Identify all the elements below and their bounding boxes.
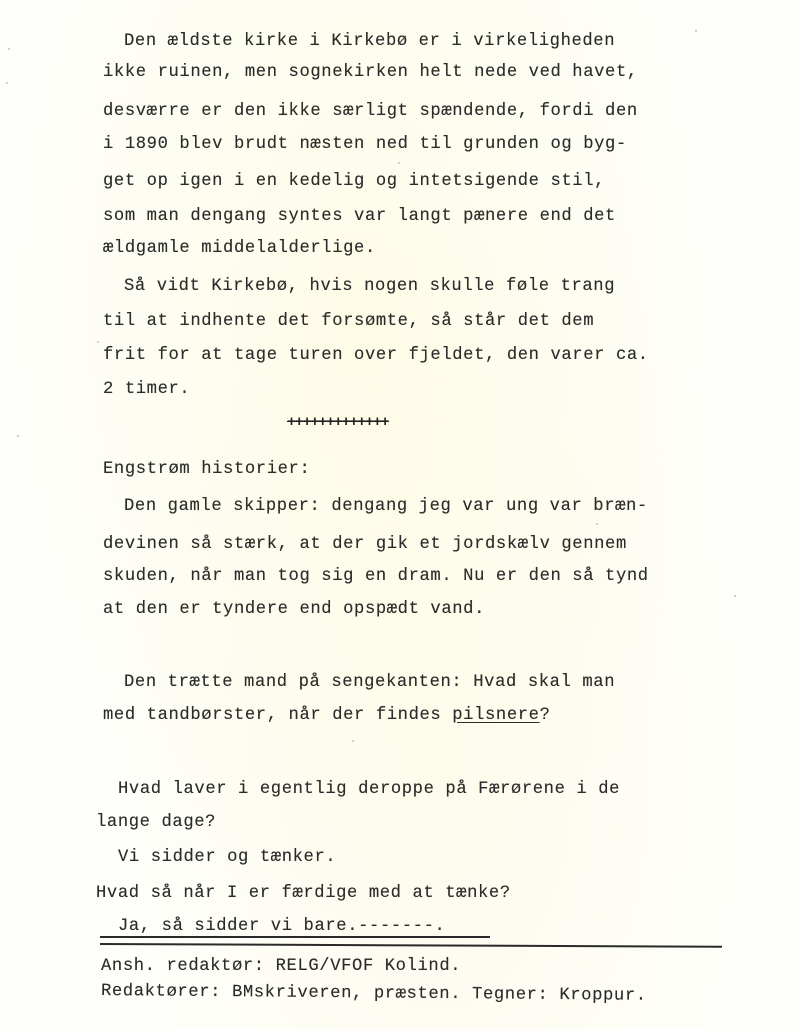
text-line: Den ældste kirke i Kirkebø er i virkelig… xyxy=(124,32,615,52)
text-line: devinen så stærk, at der gik et jordskæl… xyxy=(103,535,627,555)
text-line: Hvad laver i egentlig deroppe på Færøren… xyxy=(118,780,620,800)
editors-line: Redaktører: BMskriveren, præsten. Tegner… xyxy=(101,982,647,1007)
responsible-editor: Ansh. redaktør: RELG/VFOF Kolind. xyxy=(101,957,461,977)
text-line: Ja, så sidder vi bare.-------. xyxy=(118,917,445,937)
text-line: Den gamle skipper: dengang jeg var ung v… xyxy=(124,497,648,517)
text-line: i 1890 blev brudt næsten ned til grunden… xyxy=(103,135,627,155)
underlined-word: pilsnere xyxy=(452,706,539,725)
paper-speck xyxy=(8,48,10,50)
section-heading: Engstrøm historier: xyxy=(103,460,310,480)
text-segment: med tandbørster, når der findes xyxy=(103,706,452,725)
paper-speck xyxy=(6,82,8,84)
text-segment: ? xyxy=(540,706,551,725)
text-line: Så vidt Kirkebø, hvis nogen skulle føle … xyxy=(124,277,615,297)
paper-speck xyxy=(17,435,19,437)
paper-speck xyxy=(398,162,400,164)
text-line: med tandbørster, når der findes pilsnere… xyxy=(103,706,551,726)
text-line: ældgamle middelalderlige. xyxy=(103,239,376,259)
paper-speck xyxy=(695,30,697,32)
text-line: skuden, når man tog sig en dram. Nu er d… xyxy=(103,567,649,587)
paper-speck xyxy=(352,740,354,742)
section-separator: +++++++++++++ xyxy=(287,414,459,434)
text-line: til at indhente det forsømte, så står de… xyxy=(103,312,594,332)
text-line: frit for at tage turen over fjeldet, den… xyxy=(103,346,649,366)
text-line: get op igen i en kedelig og intetsigende… xyxy=(103,172,605,192)
text-line: 2 timer. xyxy=(103,380,190,400)
text-line: Vi sidder og tænker. xyxy=(118,848,336,868)
text-line: Hvad så når I er færdige med at tænke? xyxy=(96,884,511,904)
text-line: desværre er den ikke særligt spændende, … xyxy=(103,102,638,122)
paper-speck xyxy=(596,523,598,525)
text-line: som man dengang syntes var langt pænere … xyxy=(103,207,616,227)
paper-speck xyxy=(734,595,736,597)
underline-rule xyxy=(100,936,490,938)
text-line: Den trætte mand på sengekanten: Hvad ska… xyxy=(124,673,615,693)
text-line: ikke ruinen, men sognekirken helt nede v… xyxy=(103,63,638,83)
text-line: lange dage? xyxy=(96,813,216,833)
text-line: at den er tyndere end opspædt vand. xyxy=(103,600,485,620)
paper-speck xyxy=(97,341,99,343)
colophon-divider xyxy=(100,943,722,948)
typewritten-page: Den ældste kirke i Kirkebø er i virkelig… xyxy=(0,0,800,1030)
